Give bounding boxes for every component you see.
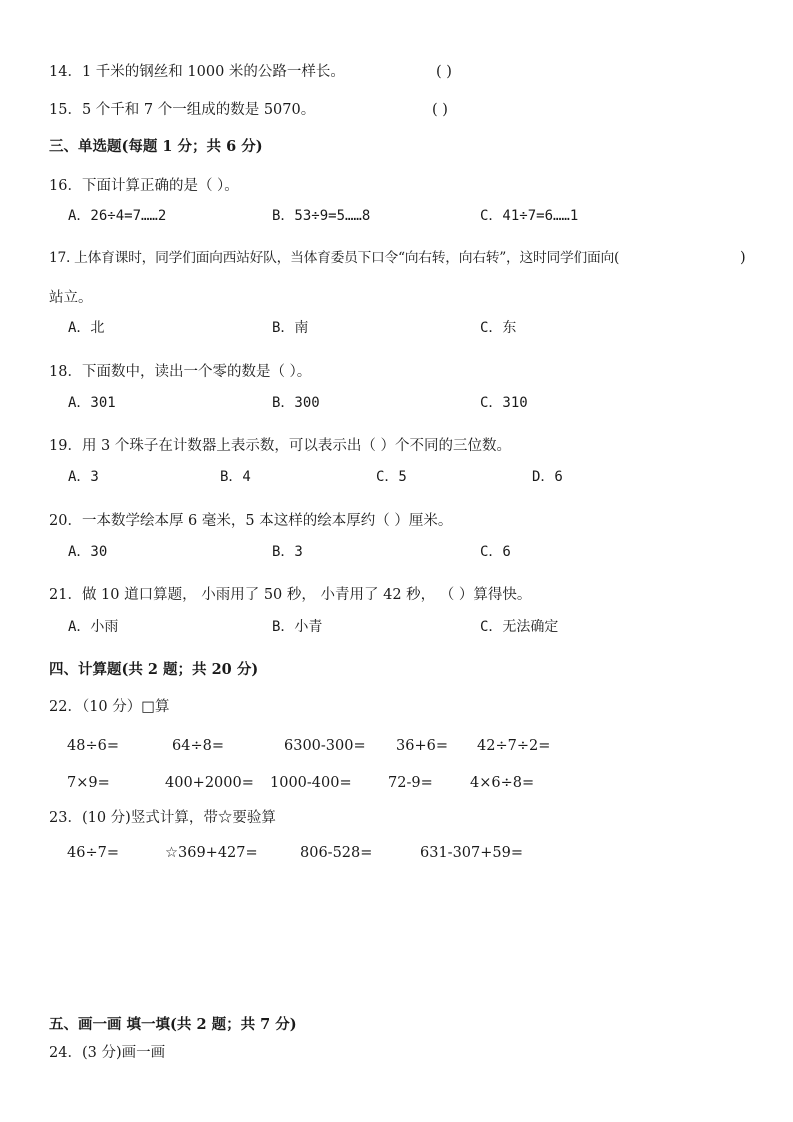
q22-text: 22．（10 分）□算 <box>49 697 169 717</box>
q23-expr: 806-528= <box>300 843 372 863</box>
q22-expr: 42÷7÷2= <box>477 736 550 756</box>
q17-close-paren: ) <box>740 248 746 268</box>
q20-option-c[interactable]: C．6 <box>480 542 511 562</box>
q16-option-a[interactable]: A．26÷4=7……2 <box>68 206 166 226</box>
q14-answer-blank[interactable]: ( ) <box>436 62 452 82</box>
q20-option-a[interactable]: A．30 <box>68 542 107 562</box>
q17-option-a[interactable]: A．北 <box>68 318 104 338</box>
q22-expr: 7×9= <box>67 773 110 793</box>
q18-text: 18．下面数中，读出一个零的数是（ ）。 <box>49 362 311 382</box>
q22-expr: 6300-300= <box>284 736 366 756</box>
q19-text: 19．用 3 个珠子在计数器上表示数，可以表示出（ ）个不同的三位数。 <box>49 436 511 456</box>
q19-option-c[interactable]: C．5 <box>376 467 407 487</box>
q17-option-c[interactable]: C．东 <box>480 318 516 338</box>
q14-text: 14．1 千米的钢丝和 1000 米的公路一样长。 <box>49 62 345 82</box>
q17-text-line2: 站立。 <box>49 288 93 308</box>
q22-expr: 48÷6= <box>67 736 119 756</box>
q22-expr: 4×6÷8= <box>470 773 534 793</box>
q15-text: 15．5 个千和 7 个一组成的数是 5070。 <box>49 100 315 120</box>
q22-expr: 1000-400= <box>270 773 352 793</box>
q17-text-line1: 17. 上体育课时，同学们面向西站好队，当体育委员下口令“向右转，向右转”，这时… <box>49 248 619 268</box>
q20-option-b[interactable]: B．3 <box>272 542 303 562</box>
q18-option-c[interactable]: C．310 <box>480 393 528 413</box>
q19-option-b[interactable]: B．4 <box>220 467 251 487</box>
q23-expr: 46÷7= <box>67 843 119 863</box>
section-5-title: 五、画一画 填一填(共 2 题；共 7 分) <box>49 1015 297 1035</box>
q24-text: 24．(3 分)画一画 <box>49 1043 165 1063</box>
q22-expr: 72-9= <box>388 773 433 793</box>
q21-text: 21．做 10 道口算题， 小雨用了 50 秒， 小青用了 42 秒， （ ）算… <box>49 585 531 605</box>
q16-text: 16．下面计算正确的是（ ）。 <box>49 176 239 196</box>
q22-expr: 400+2000= <box>165 773 254 793</box>
q21-option-c[interactable]: C．无法确定 <box>480 617 558 637</box>
q21-option-a[interactable]: A．小雨 <box>68 617 118 637</box>
q17-option-b[interactable]: B．南 <box>272 318 308 338</box>
section-3-title: 三、单选题(每题 1 分；共 6 分) <box>49 137 263 157</box>
q16-option-b[interactable]: B．53÷9=5……8 <box>272 206 370 226</box>
q23-text: 23．(10 分)竖式计算，带☆要验算 <box>49 808 276 828</box>
q23-expr: ☆369+427= <box>165 843 258 863</box>
q15-answer-blank[interactable]: ( ) <box>432 100 448 120</box>
q19-option-a[interactable]: A．3 <box>68 467 99 487</box>
q18-option-a[interactable]: A．301 <box>68 393 116 413</box>
q16-option-c[interactable]: C．41÷7=6……1 <box>480 206 578 226</box>
q19-option-d[interactable]: D．6 <box>532 467 563 487</box>
q22-expr: 64÷8= <box>172 736 224 756</box>
q18-option-b[interactable]: B．300 <box>272 393 320 413</box>
q20-text: 20．一本数学绘本厚 6 毫米，5 本这样的绘本厚约（ ）厘米。 <box>49 511 452 531</box>
q23-expr: 631-307+59= <box>420 843 523 863</box>
q21-option-b[interactable]: B．小青 <box>272 617 322 637</box>
q22-expr: 36+6= <box>396 736 448 756</box>
section-4-title: 四、计算题(共 2 题；共 20 分) <box>49 660 258 680</box>
